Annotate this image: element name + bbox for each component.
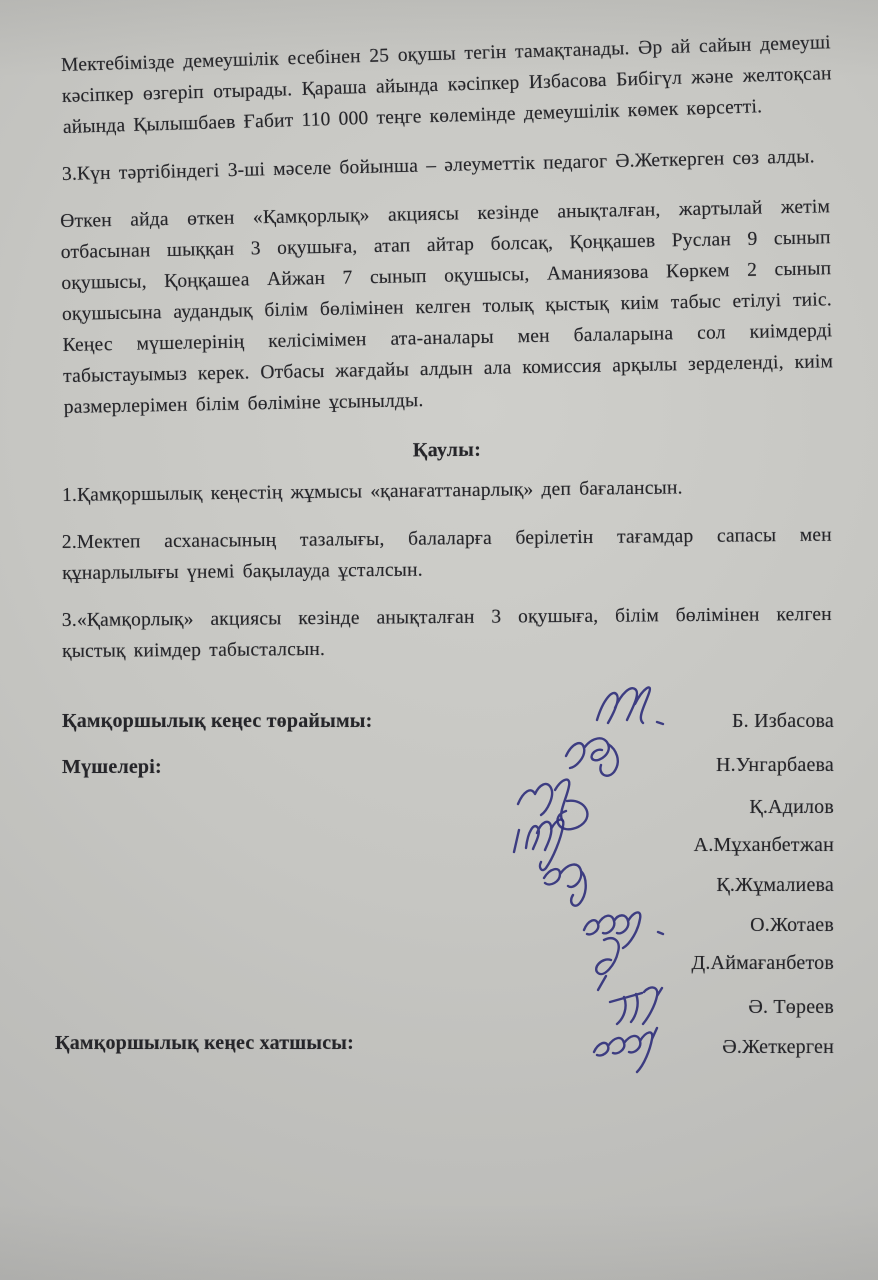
chair-label: Қамқоршылық кеңес төрайымы: (62, 710, 372, 733)
paragraph-qamqorlyq-action: Өткен айда өткен «Қамқорлық» акциясы кез… (60, 191, 834, 423)
members-label: Мүшелері: (62, 756, 162, 779)
resolution-item-1: 1.Қамқоршылық кеңестің жұмысы «қанағатта… (62, 471, 832, 511)
signatory-name-adilov: Қ.Адилов (574, 796, 834, 819)
scanned-document-page: Мектебімізде демеушілік есебінен 25 оқуш… (0, 0, 878, 1280)
resolution-heading: Қаулы: (62, 435, 832, 465)
paragraph-agenda-item-3: 3.Күн тәртібіндегі 3-ші мәселе бойынша –… (62, 141, 833, 190)
document-body: Мектебімізде демеушілік есебінен 25 оқуш… (62, 50, 832, 683)
resolution-item-2: 2.Мектеп асханасының тазалығы, балаларға… (62, 520, 833, 589)
signature-zhetkergen-icon (588, 1016, 698, 1074)
signature-section: Қамқоршылық кеңес төрайымы: Мүшелері: Қа… (0, 700, 878, 1130)
paragraph-sponsorship: Мектебімізде демеушілік есебінен 25 оқуш… (61, 27, 833, 143)
resolution-item-3: 3.«Қамқорлық» акциясы кезінде анықталған… (62, 599, 832, 667)
secretary-label: Қамқоршылық кеңес хатшысы: (55, 1032, 354, 1055)
